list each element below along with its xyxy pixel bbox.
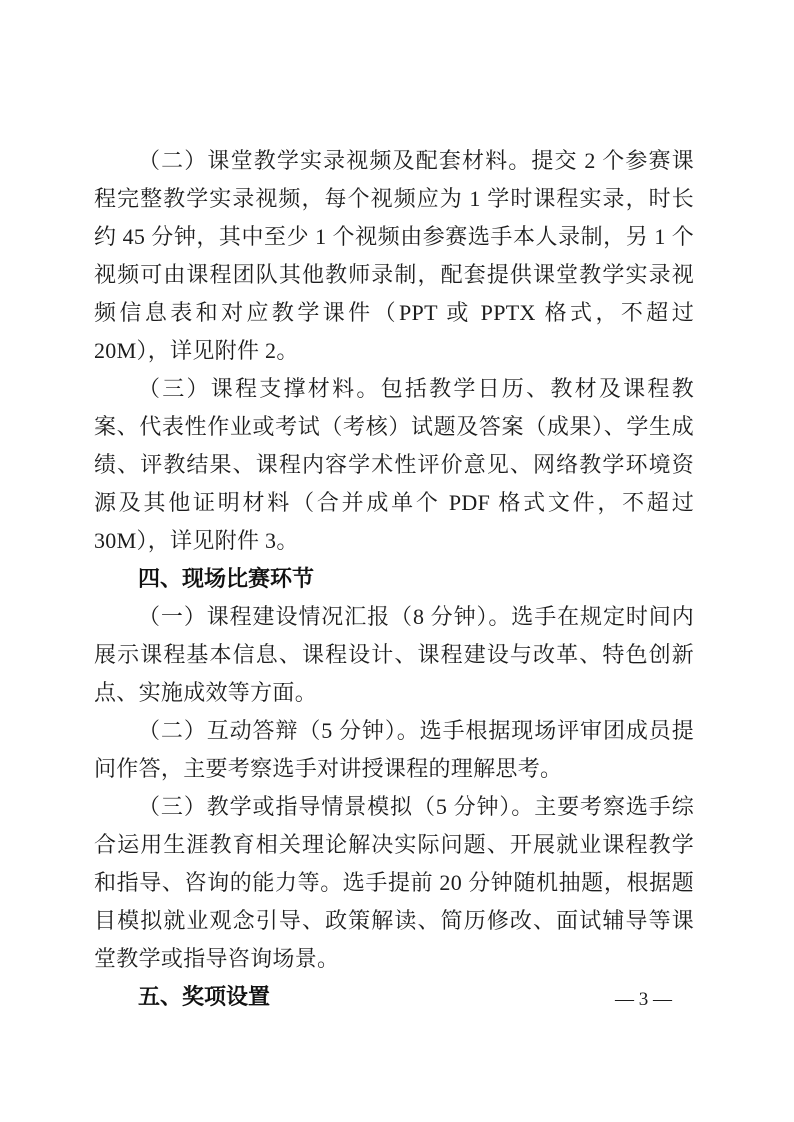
paragraph-qa-defense: （二）互动答辩（5 分钟）。选手根据现场评审团成员提问作答，主要考察选手对讲授课… [94,712,694,788]
paragraph-video-materials: （二）课堂教学实录视频及配套材料。提交 2 个参赛课程完整教学实录视频，每个视频… [94,142,694,370]
section-heading-awards: 五、奖项设置 [94,978,694,1016]
paragraph-support-materials: （三）课程支撑材料。包括教学日历、教材及课程教案、代表性作业或考试（考核）试题及… [94,370,694,560]
page-number: — 3 — [615,989,672,1010]
section-heading-onsite-competition: 四、现场比赛环节 [94,560,694,598]
page-footer: — 3 — [615,988,672,1012]
paragraph-scenario-simulation: （三）教学或指导情景模拟（5 分钟）。主要考察选手综合运用生涯教育相关理论解决实… [94,788,694,978]
document-page: （二）课堂教学实录视频及配套材料。提交 2 个参赛课程完整教学实录视频，每个视频… [0,0,794,1122]
document-body: （二）课堂教学实录视频及配套材料。提交 2 个参赛课程完整教学实录视频，每个视频… [94,142,694,1016]
paragraph-course-report: （一）课程建设情况汇报（8 分钟）。选手在规定时间内展示课程基本信息、课程设计、… [94,598,694,712]
